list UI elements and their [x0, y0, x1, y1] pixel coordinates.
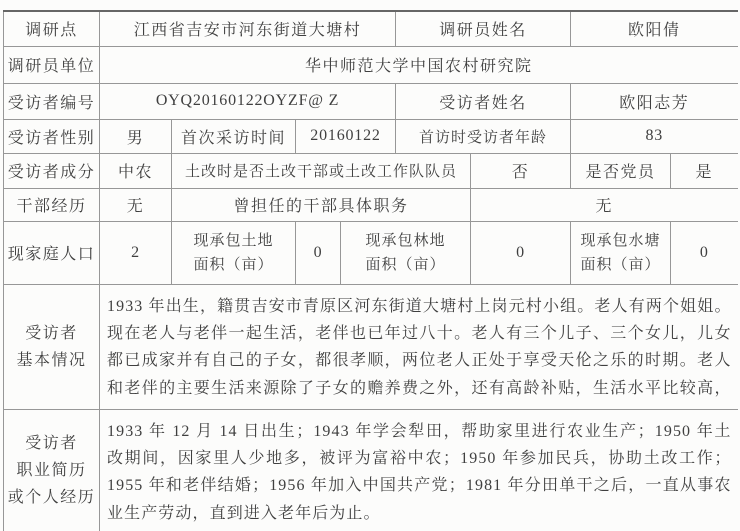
career-history-label-line2: 职业简历	[6, 457, 97, 484]
farmland-area-label-line1: 现承包土地	[174, 229, 293, 253]
cadre-posts-label-cell: 曾担任的干部具体职务	[172, 188, 471, 221]
researcher-unit-value-cell: 华中师范大学中国农村研究院	[100, 46, 738, 83]
basic-info-text-cell: 1933 年出生，籍贯吉安市青原区河东街道大塘村上岗元村小组。老人有两个姐姐。现…	[100, 284, 738, 409]
basic-info-text: 1933 年出生，籍贯吉安市青原区河东街道大塘村上岗元村小组。老人有两个姐姐。现…	[107, 293, 732, 405]
pond-area-label-line2: 面积（亩）	[573, 253, 668, 277]
row-basic-info: 受访者 基本情况 1933 年出生，籍贯吉安市青原区河东街道大塘村上岗元村小组。…	[4, 284, 738, 409]
survey-site-value-cell: 江西省吉安市河东街道大塘村	[100, 11, 396, 46]
survey-form-table: 调研点 江西省吉安市河东街道大塘村 调研员姓名 欧阳倩 调研员单位 华中师范大学…	[3, 10, 738, 517]
party-member-label-cell: 是否党员	[571, 153, 671, 188]
basic-info-label-line2: 基本情况	[6, 347, 97, 374]
first-interview-label-cell: 首次采访时间	[172, 119, 296, 153]
cadre-posts-value-cell: 无	[471, 188, 738, 221]
basic-info-label-cell: 受访者 基本情况	[4, 284, 100, 409]
row-class-status: 受访者成分 中农 土改时是否土改干部或土改工作队队员 否 是否党员 是	[4, 153, 738, 188]
survey-site-label-cell: 调研点	[4, 11, 100, 46]
row-researcher-unit: 调研员单位 华中师范大学中国农村研究院	[4, 46, 738, 83]
respondent-id-value-cell: OYQ20160122OYZF@ Z	[100, 83, 396, 119]
family-size-value-cell: 2	[100, 221, 172, 284]
farmland-area-value-cell: 0	[296, 221, 341, 284]
pond-area-value-cell: 0	[671, 221, 738, 284]
pond-area-label-line1: 现承包水塘	[573, 229, 668, 253]
row-household: 现家庭人口 2 现承包土地 面积（亩） 0 现承包林地 面积（亩） 0 现承包水…	[4, 221, 738, 284]
forest-area-label-line1: 现承包林地	[343, 229, 468, 253]
forest-area-value-cell: 0	[471, 221, 571, 284]
landreform-cadre-label-cell: 土改时是否土改干部或土改工作队队员	[172, 153, 471, 188]
researcher-name-label-cell: 调研员姓名	[396, 11, 571, 46]
respondent-name-value-cell: 欧阳志芳	[571, 83, 738, 119]
row-gender-interview: 受访者性别 男 首次采访时间 20160122 首访时受访者年龄 83	[4, 119, 738, 153]
career-history-label-line1: 受访者	[6, 430, 97, 457]
gender-value-cell: 男	[100, 119, 172, 153]
career-history-label-cell: 受访者 职业简历 或个人经历	[4, 409, 100, 517]
first-interview-age-label-cell: 首访时受访者年龄	[396, 119, 571, 153]
basic-info-label-line1: 受访者	[6, 320, 97, 347]
gender-label-cell: 受访者性别	[4, 119, 100, 153]
farmland-area-label-line2: 面积（亩）	[174, 253, 293, 277]
class-status-value-cell: 中农	[100, 153, 172, 188]
respondent-name-label-cell: 受访者姓名	[396, 83, 571, 119]
party-member-value-cell: 是	[671, 153, 738, 188]
career-history-text-cell: 1933 年 12 月 14 日出生；1943 年学会犁田，帮助家里进行农业生产…	[100, 409, 738, 517]
farmland-area-label-cell: 现承包土地 面积（亩）	[172, 221, 296, 284]
row-respondent-id: 受访者编号 OYQ20160122OYZF@ Z 受访者姓名 欧阳志芳	[4, 83, 738, 119]
first-interview-age-value-cell: 83	[571, 119, 738, 153]
forest-area-label-line2: 面积（亩）	[343, 253, 468, 277]
row-career-history: 受访者 职业简历 或个人经历 1933 年 12 月 14 日出生；1943 年…	[4, 409, 738, 517]
career-history-label-line3: 或个人经历	[6, 484, 97, 511]
forest-area-label-cell: 现承包林地 面积（亩）	[341, 221, 471, 284]
family-size-label-cell: 现家庭人口	[4, 221, 100, 284]
row-cadre-experience: 干部经历 无 曾担任的干部具体职务 无	[4, 188, 738, 221]
cadre-experience-value-cell: 无	[100, 188, 172, 221]
researcher-name-value-cell: 欧阳倩	[571, 11, 738, 46]
career-history-text: 1933 年 12 月 14 日出生；1943 年学会犁田，帮助家里进行农业生产…	[107, 418, 732, 518]
row-survey-site: 调研点 江西省吉安市河东街道大塘村 调研员姓名 欧阳倩	[4, 11, 738, 46]
cadre-experience-label-cell: 干部经历	[4, 188, 100, 221]
pond-area-label-cell: 现承包水塘 面积（亩）	[571, 221, 671, 284]
class-status-label-cell: 受访者成分	[4, 153, 100, 188]
first-interview-value-cell: 20160122	[296, 119, 396, 153]
landreform-cadre-value-cell: 否	[471, 153, 571, 188]
researcher-unit-label-cell: 调研员单位	[4, 46, 100, 83]
respondent-id-label-cell: 受访者编号	[4, 83, 100, 119]
